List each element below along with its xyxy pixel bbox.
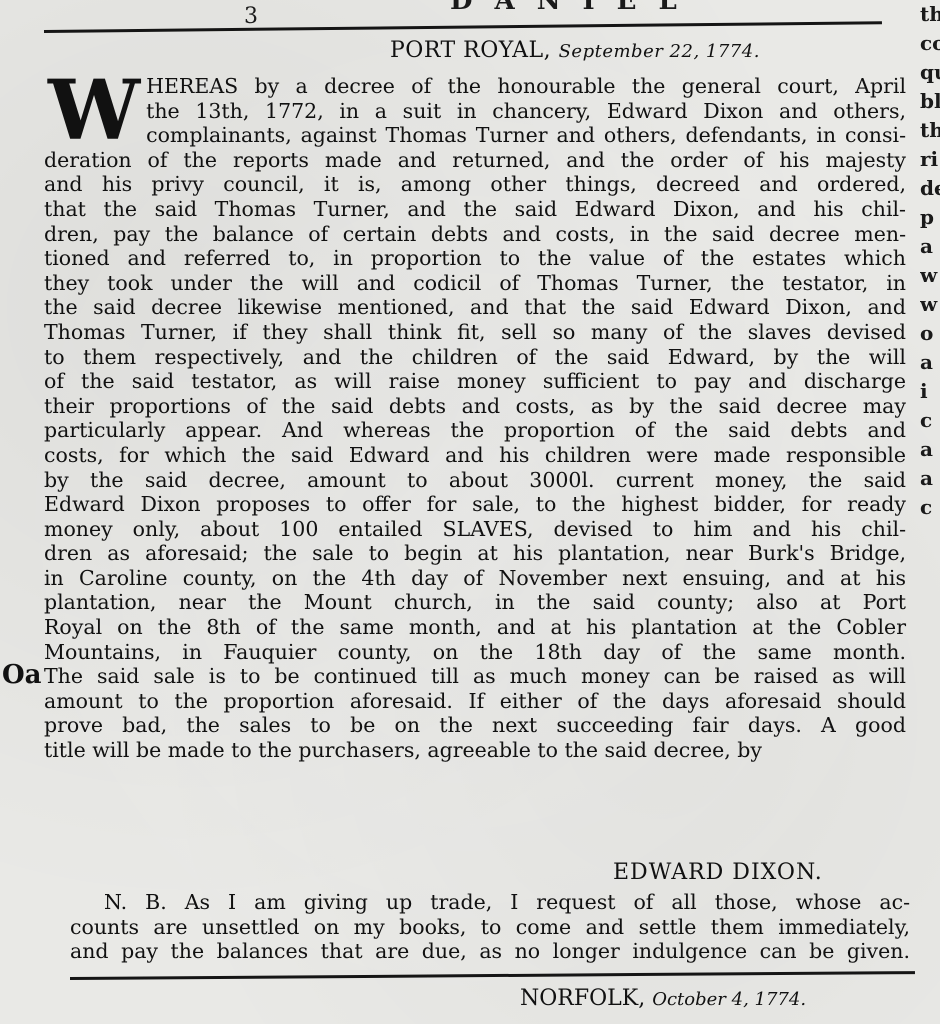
fragment: p: [920, 203, 940, 232]
article-line: The said sale is to be continued till as…: [44, 664, 906, 689]
article-line: in Caroline county, on the 4th day of No…: [44, 566, 906, 591]
masthead-fragment: DANIEL: [450, 0, 699, 16]
fragment: a: [920, 435, 940, 464]
article-line: and his privy council, it is, among othe…: [44, 172, 906, 197]
article-line: costs, for which the said Edward and his…: [44, 443, 906, 468]
signature: EDWARD DIXON.: [613, 860, 823, 885]
article-line: Mountains, in Fauquier county, on the 18…: [44, 640, 906, 665]
fragment: w: [920, 261, 940, 290]
fragment: c: [920, 406, 940, 435]
fragment: a: [920, 464, 940, 493]
margin-ink-mark: Oa: [2, 660, 42, 690]
article-line: to them respectively, and the children o…: [44, 345, 906, 370]
article-line: particularly appear. And whereas the pro…: [44, 418, 906, 443]
fragment: qu: [920, 58, 940, 87]
article-line: the said decree likewise mentioned, and …: [44, 295, 906, 320]
article-line: by the said decree, amount to about 3000…: [44, 468, 906, 493]
article-line: that the said Thomas Turner, and the sai…: [44, 197, 906, 222]
article-line: title will be made to the purchasers, ag…: [44, 738, 906, 763]
fragment: a: [920, 348, 940, 377]
fragment: de: [920, 174, 940, 203]
fragment: o: [920, 319, 940, 348]
article-line: dren as aforesaid; the sale to begin at …: [44, 541, 906, 566]
fragment: th: [920, 0, 940, 29]
article-line: their proportions of the said debts and …: [44, 394, 906, 419]
article-line: of the said testator, as will raise mone…: [44, 369, 906, 394]
article-line: dren, pay the balance of certain debts a…: [44, 222, 906, 247]
drop-cap: W: [48, 78, 140, 144]
article-line: tioned and referred to, in proportion to…: [44, 246, 906, 271]
article-line: Edward Dixon proposes to offer for sale,…: [44, 492, 906, 517]
article-line: Royal on the 8th of the same month, and …: [44, 615, 906, 640]
notice-line: counts are unsettled on my books, to com…: [70, 915, 910, 940]
next-dateline-date: October 4, 1774.: [652, 989, 806, 1010]
article-line: HEREAS by a decree of the honourable the…: [44, 74, 906, 99]
article-line: they took under the will and codicil of …: [44, 271, 906, 296]
article-line: Thomas Turner, if they shall think fit, …: [44, 320, 906, 345]
top-rule-divider: [44, 21, 882, 33]
newspaper-page: 3 DANIEL PORT ROYAL, September 22, 1774.…: [0, 0, 940, 1024]
fragment: bl: [920, 87, 940, 116]
article-line: money only, about 100 entailed SLAVES, d…: [44, 517, 906, 542]
adjacent-column-fragment: th co qu bl th ri de p a w w o a i c a a…: [920, 0, 940, 522]
article-line: amount to the proportion aforesaid. If e…: [44, 689, 906, 714]
notice-line: N. B. As I am giving up trade, I request…: [70, 890, 910, 915]
dateline-place: PORT ROYAL,: [390, 38, 551, 63]
article-line: the 13th, 1772, in a suit in chancery, E…: [44, 99, 906, 124]
dateline-date: September 22, 1774.: [559, 41, 760, 62]
article-line: deration of the reports made and returne…: [44, 148, 906, 173]
fragment: co: [920, 29, 940, 58]
fragment: th: [920, 116, 940, 145]
nota-bene-notice: N. B. As I am giving up trade, I request…: [70, 890, 910, 964]
article-line: prove bad, the sales to be on the next s…: [44, 713, 906, 738]
fragment: w: [920, 290, 940, 319]
article-line: plantation, near the Mount church, in th…: [44, 590, 906, 615]
bottom-rule-divider: [70, 971, 915, 980]
fragment: i: [920, 377, 940, 406]
page-number: 3: [244, 4, 258, 29]
next-dateline: NORFOLK, October 4, 1774.: [520, 986, 806, 1011]
fragment: ri: [920, 145, 940, 174]
advertisement-body: W HEREAS by a decree of the honourable t…: [44, 74, 906, 763]
notice-line: and pay the balances that are due, as no…: [70, 939, 910, 964]
fragment: c: [920, 493, 940, 522]
article-line: complainants, against Thomas Turner and …: [44, 123, 906, 148]
dateline: PORT ROYAL, September 22, 1774.: [390, 38, 760, 63]
next-dateline-place: NORFOLK,: [520, 986, 645, 1011]
fragment: a: [920, 232, 940, 261]
